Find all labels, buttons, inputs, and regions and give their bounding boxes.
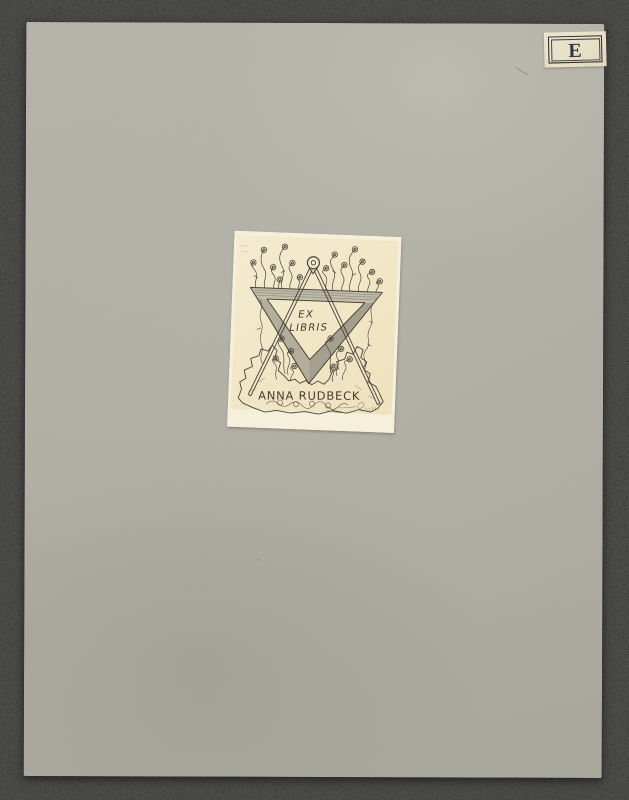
matboard: EX LIBRIS ANNA RUDBECK E	[24, 22, 605, 778]
owner-name: ANNA RUDBECK	[258, 389, 360, 403]
photo: EX LIBRIS ANNA RUDBECK E	[0, 0, 629, 800]
bookplate-print: EX LIBRIS ANNA RUDBECK	[227, 231, 401, 433]
dust-speck	[157, 322, 158, 324]
ex-libris-line1: EX	[298, 309, 314, 320]
dust-speck	[257, 559, 259, 561]
corner-label: E	[544, 31, 607, 68]
corner-label-letter: E	[544, 35, 607, 68]
bookplate: EX LIBRIS ANNA RUDBECK	[227, 231, 401, 433]
dust-speck	[454, 713, 455, 714]
ex-libris-line2: LIBRIS	[289, 322, 328, 334]
dust-speck	[365, 617, 366, 618]
